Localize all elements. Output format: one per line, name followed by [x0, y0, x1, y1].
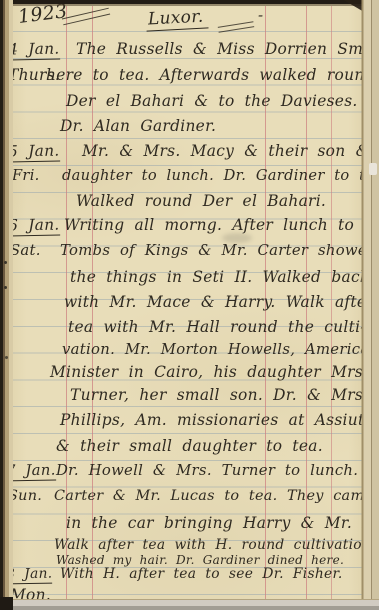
- line-text: here to tea. Afterwards walked round: [46, 66, 375, 84]
- page-edge-top: [0, 0, 379, 9]
- ink-specks: [4, 261, 7, 264]
- diary-line: tea with Mr. Hall round the culti-: [0, 318, 379, 342]
- diary-line: in the car bringing Harry & Mr. Mace.: [0, 514, 379, 538]
- diary-line: Fri.daughter to lunch. Dr. Gardiner to t…: [0, 167, 379, 191]
- diary-line: vation. Mr. Morton Howells, American: [0, 341, 379, 365]
- page-edge-bottom: [0, 599, 379, 610]
- line-text: vation. Mr. Morton Howells, American: [62, 341, 379, 358]
- diary-line: Turner, her small son. Dr. & Mrs.: [0, 386, 379, 410]
- diary-line: 5 Jan.Mr. & Mrs. Macy & their son &: [0, 142, 379, 166]
- diary-line: Thurs.here to tea. Afterwards walked rou…: [0, 66, 379, 90]
- diary-line: & their small daughter to tea.: [0, 437, 379, 461]
- line-text: Dr. Alan Gardiner.: [60, 117, 216, 135]
- diary-line: 6 Jan.Writing all morng. After lunch to: [0, 216, 379, 240]
- line-text: the things in Seti II. Walked back: [70, 268, 370, 286]
- line-text: with Mr. Mace & Harry. Walk after: [64, 293, 374, 311]
- line-text: Walk after tea with H. round cultivation: [54, 537, 371, 553]
- line-text: Phillips, Am. missionaries at Assiut: [60, 411, 364, 429]
- line-text: Writing all morng. After lunch to: [64, 216, 354, 234]
- line-text: Walked round Der el Bahari.: [76, 192, 326, 210]
- line-text: Carter & Mr. Lucas to tea. They came ove…: [54, 488, 379, 504]
- diary-line: 7 Jan.Dr. Howell & Mrs. Turner to lunch.…: [0, 462, 379, 486]
- diary-line: Sat.Tombs of Kings & Mr. Carter showed m…: [0, 242, 379, 266]
- page-binding-left: [0, 0, 16, 610]
- page-edge-tear: [369, 163, 377, 175]
- diary-line: Sun.Carter & Mr. Lucas to tea. They came…: [0, 488, 379, 512]
- diary-line: Phillips, Am. missionaries at Assiut: [0, 411, 379, 435]
- line-text: With H. after tea to see Dr. Fisher.: [60, 566, 343, 582]
- diary-line: the things in Seti II. Walked back: [0, 268, 379, 292]
- line-text: in the car bringing Harry & Mr. Mace.: [66, 514, 379, 532]
- line-text: tea with Mr. Hall round the culti-: [68, 318, 366, 336]
- diary-line: Dr. Alan Gardiner.: [0, 117, 379, 141]
- line-text: Der el Bahari & to the Davieses. Met: [66, 92, 379, 110]
- line-text: Tombs of Kings & Mr. Carter showed me: [60, 242, 379, 259]
- diary-line: Walked round Der el Bahari.: [0, 192, 379, 216]
- page-corner-bottom-left: [0, 597, 13, 610]
- line-text: Turner, her small son. Dr. & Mrs.: [70, 386, 368, 404]
- line-text: Minister in Cairo, his daughter Mrs.: [50, 363, 368, 381]
- diary-photo: 1923 Luxor. - 4 Jan.The Russells & Miss …: [0, 0, 379, 610]
- diary-line: Minister in Cairo, his daughter Mrs.: [0, 363, 379, 387]
- line-text: Dr. Howell & Mrs. Turner to lunch. Mr.: [56, 462, 379, 479]
- day-label: Fri.: [12, 167, 40, 184]
- page-stack-right: [361, 0, 379, 610]
- line-text: The Russells & Miss Dorrien Smith.: [76, 40, 379, 58]
- diary-line: Der el Bahari & to the Davieses. Met: [0, 92, 379, 116]
- line-text: Washed my hair. Dr. Gardiner dined here.: [56, 553, 344, 567]
- line-text: Mr. & Mrs. Macy & their son &: [82, 142, 370, 160]
- diary-line: with Mr. Mace & Harry. Walk after: [0, 293, 379, 317]
- line-text: & their small daughter to tea.: [56, 437, 323, 455]
- diary-lines: 4 Jan.The Russells & Miss Dorrien Smith.…: [0, 0, 379, 610]
- line-text: daughter to lunch. Dr. Gardiner to tea.: [62, 167, 379, 184]
- diary-line: 4 Jan.The Russells & Miss Dorrien Smith.: [0, 40, 379, 64]
